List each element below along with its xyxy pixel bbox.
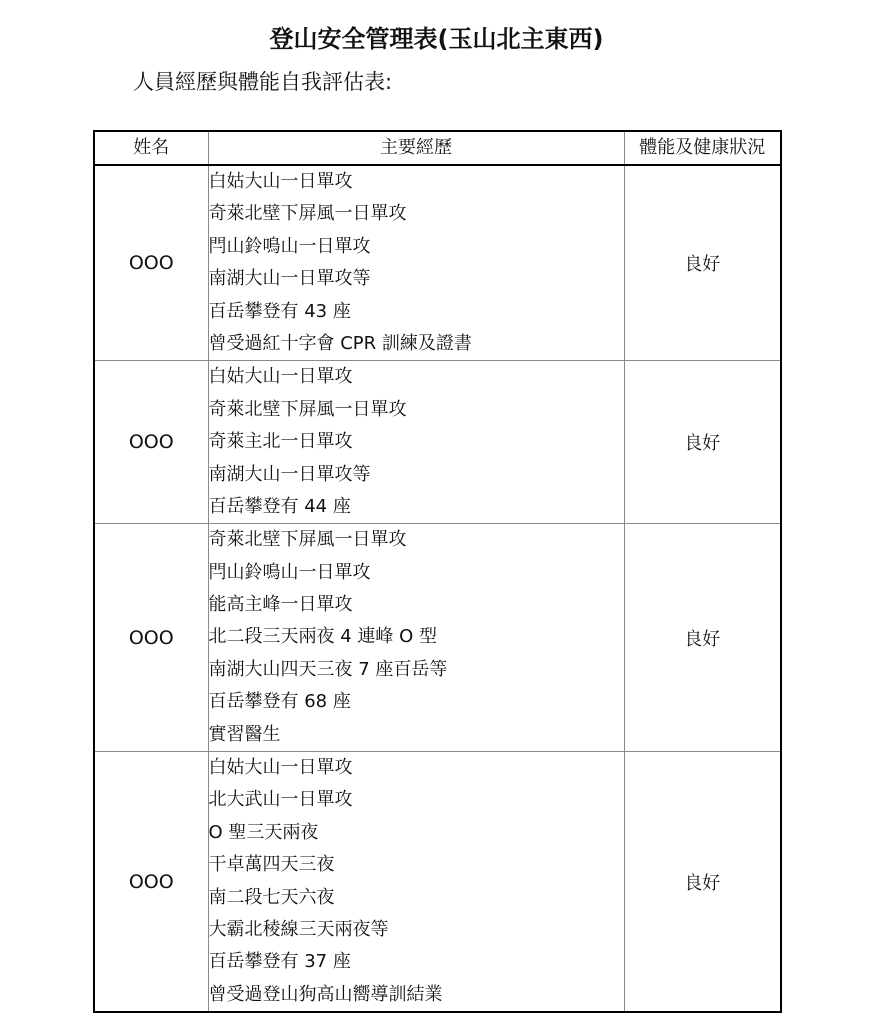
experience-item: 南湖大山四天三夜 7 座百岳等 <box>209 654 624 686</box>
table-row: OOO 白姑大山一日單攻 奇萊北壁下屏風一日單攻 奇萊主北一日單攻 南湖大山一日… <box>94 361 781 524</box>
table-row: OOO 白姑大山一日單攻 北大武山一日單攻 O 聖三天兩夜 干卓萬四天三夜 南二… <box>94 752 781 1013</box>
experience-item: 奇萊北壁下屏風一日單攻 <box>209 394 624 426</box>
member-condition: 良好 <box>624 524 781 752</box>
experience-table: 姓名 主要經歷 體能及健康狀況 OOO 白姑大山一日單攻 奇萊北壁下屏風一日單攻… <box>93 130 782 1013</box>
experience-item: 曾受過登山狗高山嚮導訓結業 <box>209 979 624 1011</box>
member-experience: 白姑大山一日單攻 奇萊北壁下屏風一日單攻 奇萊主北一日單攻 南湖大山一日單攻等 … <box>208 361 624 524</box>
header-name: 姓名 <box>94 131 208 165</box>
member-experience: 白姑大山一日單攻 北大武山一日單攻 O 聖三天兩夜 干卓萬四天三夜 南二段七天六… <box>208 752 624 1013</box>
experience-item: 能高主峰一日單攻 <box>209 589 624 621</box>
header-condition: 體能及健康狀況 <box>624 131 781 165</box>
member-name: OOO <box>94 524 208 752</box>
table-header-row: 姓名 主要經歷 體能及健康狀況 <box>94 131 781 165</box>
experience-item: 白姑大山一日單攻 <box>209 361 624 393</box>
experience-item: 南二段七天六夜 <box>209 882 624 914</box>
document-subtitle: 人員經歷與體能自我評估表: <box>133 66 392 98</box>
experience-item: 百岳攀登有 44 座 <box>209 491 624 523</box>
header-experience: 主要經歷 <box>208 131 624 165</box>
experience-item: 大霸北稜線三天兩夜等 <box>209 914 624 946</box>
experience-item: 百岳攀登有 43 座 <box>209 296 624 328</box>
member-name: OOO <box>94 752 208 1013</box>
member-name: OOO <box>94 361 208 524</box>
experience-item: 奇萊主北一日單攻 <box>209 426 624 458</box>
experience-item: 北二段三天兩夜 4 連峰 O 型 <box>209 621 624 653</box>
member-experience: 奇萊北壁下屏風一日單攻 閂山鈴鳴山一日單攻 能高主峰一日單攻 北二段三天兩夜 4… <box>208 524 624 752</box>
experience-item: 閂山鈴鳴山一日單攻 <box>209 231 624 263</box>
member-condition: 良好 <box>624 361 781 524</box>
experience-item: 實習醫生 <box>209 719 624 751</box>
member-condition: 良好 <box>624 165 781 361</box>
experience-item: 百岳攀登有 37 座 <box>209 946 624 978</box>
document-title: 登山安全管理表(玉山北主東西) <box>0 22 873 56</box>
table-row: OOO 白姑大山一日單攻 奇萊北壁下屏風一日單攻 閂山鈴鳴山一日單攻 南湖大山一… <box>94 165 781 361</box>
experience-item: O 聖三天兩夜 <box>209 817 624 849</box>
member-condition: 良好 <box>624 752 781 1013</box>
table-row: OOO 奇萊北壁下屏風一日單攻 閂山鈴鳴山一日單攻 能高主峰一日單攻 北二段三天… <box>94 524 781 752</box>
experience-item: 白姑大山一日單攻 <box>209 752 624 784</box>
experience-item: 曾受過紅十字會 CPR 訓練及證書 <box>209 328 624 360</box>
experience-item: 閂山鈴鳴山一日單攻 <box>209 557 624 589</box>
member-experience: 白姑大山一日單攻 奇萊北壁下屏風一日單攻 閂山鈴鳴山一日單攻 南湖大山一日單攻等… <box>208 165 624 361</box>
experience-item: 奇萊北壁下屏風一日單攻 <box>209 524 624 556</box>
experience-item: 百岳攀登有 68 座 <box>209 686 624 718</box>
experience-item: 南湖大山一日單攻等 <box>209 263 624 295</box>
experience-item: 奇萊北壁下屏風一日單攻 <box>209 198 624 230</box>
experience-item: 北大武山一日單攻 <box>209 784 624 816</box>
experience-item: 白姑大山一日單攻 <box>209 166 624 198</box>
experience-item: 干卓萬四天三夜 <box>209 849 624 881</box>
member-name: OOO <box>94 165 208 361</box>
experience-item: 南湖大山一日單攻等 <box>209 459 624 491</box>
